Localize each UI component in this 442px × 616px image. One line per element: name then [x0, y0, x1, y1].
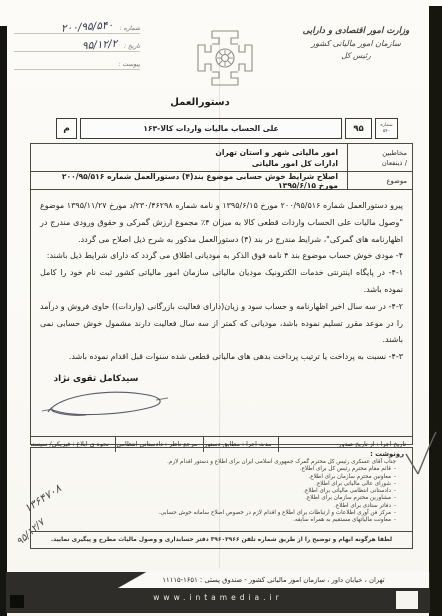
cc-item: قائم مقام محترم رئیس کل برای اطلاع. — [37, 466, 396, 473]
scan-corner-mark-light — [396, 591, 418, 609]
handwritten-checkmark-icon — [398, 428, 442, 480]
ref-date-handwritten: ۹۵/۱۲/۲ — [81, 38, 117, 52]
ref-date-label: تاریخ : — [124, 43, 140, 51]
strip-serial-bottom: ۵۴۰ — [383, 129, 390, 135]
audience-value-cell: امور مالیاتی شهر و استان تهران ادارات کل… — [31, 144, 347, 171]
cc-item: مشاورین محترم سازمان برای اطلاع. — [37, 495, 396, 502]
document-type-title: دستورالعمل — [150, 97, 250, 108]
subject-row: موضوع اصلاح شرایط خوش حسابی موضوع بند(۴)… — [31, 172, 412, 190]
ref-attachment-label: پیوست : — [119, 61, 140, 69]
audience-value-line1: امور مالیاتی شهر و استان تهران — [40, 148, 338, 157]
scan-edge-left — [0, 26, 7, 616]
ref-attachment-row: پیوست : — [14, 52, 140, 70]
audience-value-line2: ادارات کل امور مالیاتی — [40, 159, 338, 168]
audience-row: مخاطبین / ذینفعان امور مالیاتی شهر و است… — [31, 144, 412, 172]
cc-item: شورای عالی مالیاتی برای اطلاع. — [37, 481, 396, 488]
strip-serial-box: شماره ۵۴۰ — [375, 118, 398, 139]
body-intro-paragraph: پیرو دستورالعمل شماره ۲۰۰/۹۵/۵۱۶ مورخ ۱۳… — [40, 198, 403, 248]
ref-number-handwritten: ۲۰۰/۹۵/۵۴۰ — [60, 19, 113, 35]
strip-subject-box: علی الحساب مالیات واردات کالا-۱۶۳ — [80, 118, 342, 139]
ref-number-label: شماره : — [120, 25, 140, 33]
signer-role: رئیس کل — [292, 51, 420, 60]
letterhead: وزارت امور اقتصادی و دارایی سازمان امور … — [292, 26, 420, 60]
organization-name: سازمان امور مالیاتی کشور — [292, 39, 420, 48]
strip-code-box: م — [56, 118, 77, 139]
scanned-directive-page: شماره : ۲۰۰/۹۵/۵۴۰ تاریخ : ۹۵/۱۲/۲ پیوست… — [0, 0, 442, 616]
cc-item: دفاتر ستادی برای اطلاع. — [37, 503, 396, 510]
handwritten-signature — [40, 386, 180, 426]
audience-label-line1: مخاطبین — [353, 149, 407, 157]
subject-label: موضوع — [353, 177, 407, 185]
scan-corner-mark-dark — [10, 595, 24, 608]
scan-edge-right — [429, 6, 442, 616]
body-clause-4-3: ۴-۳- نسبت به پرداخت یا ترتیب پرداخت بدهی… — [40, 349, 403, 366]
cc-item: دادستانی انتظامی مالیاتی برای اطلاع. — [37, 488, 396, 495]
subject-label-cell: موضوع — [347, 172, 412, 189]
cc-box: رونوشت : جناب آقای عسکری رئیس کل محترم گ… — [30, 447, 413, 549]
address-ribbon: تهران ، خیابان داور ، سازمان امور مالیات… — [118, 571, 429, 588]
ministry-name: وزارت امور اقتصادی و دارایی — [292, 26, 420, 36]
ref-date-row: تاریخ : ۹۵/۱۲/۲ — [14, 34, 140, 52]
classification-strip: شماره ۵۴۰ ۹۵ علی الحساب مالیات واردات کا… — [56, 118, 398, 139]
contact-note: لطفا هرگونه ابهام و توضیح را از طریق شما… — [31, 531, 412, 548]
signer-name: سیدکامل تقوی نژاد — [40, 374, 152, 384]
subject-value: اصلاح شرایط خوش حسابی موضوع بند(۴) دستور… — [40, 172, 338, 190]
tax-administration-emblem-icon — [196, 26, 254, 92]
subject-value-cell: اصلاح شرایط خوش حسابی موضوع بند(۴) دستور… — [31, 172, 347, 189]
postal-address: تهران ، خیابان داور ، سازمان امور مالیات… — [162, 576, 384, 584]
cc-item: معاونت مالیاتهای مستقیم به همراه سابقه. — [37, 517, 396, 524]
body-clause-4-2: ۴-۲- در سه سال اخیر اظهارنامه و حساب سود… — [40, 299, 403, 349]
reference-block: شماره : ۲۰۰/۹۵/۵۴۰ تاریخ : ۹۵/۱۲/۲ پیوست… — [14, 16, 140, 70]
audience-label-cell: مخاطبین / ذینفعان — [347, 144, 412, 171]
body-clause-4: ۴- مودی خوش حساب موضوع بند ۴ نامه فوق ال… — [40, 248, 403, 265]
website-url: www.intamedia.ir — [6, 593, 430, 602]
audience-label-line2: / ذینفعان — [353, 159, 407, 167]
body-clause-4-1: ۴-۱- در پایگاه اینترنتی خدمات الکترونیک … — [40, 265, 403, 299]
cc-title: رونوشت : — [31, 450, 404, 458]
cc-item: مرکز فن آوری اطلاعات و ارتباطات برای اطل… — [37, 510, 396, 517]
strip-year-box: ۹۵ — [345, 118, 372, 139]
ref-number-row: شماره : ۲۰۰/۹۵/۵۴۰ — [14, 16, 140, 34]
cc-list: جناب آقای عسکری رئیس کل محترم گمرک جمهور… — [37, 459, 396, 525]
cc-item: معاونین محترم سازمان برای اطلاع. — [37, 474, 396, 481]
